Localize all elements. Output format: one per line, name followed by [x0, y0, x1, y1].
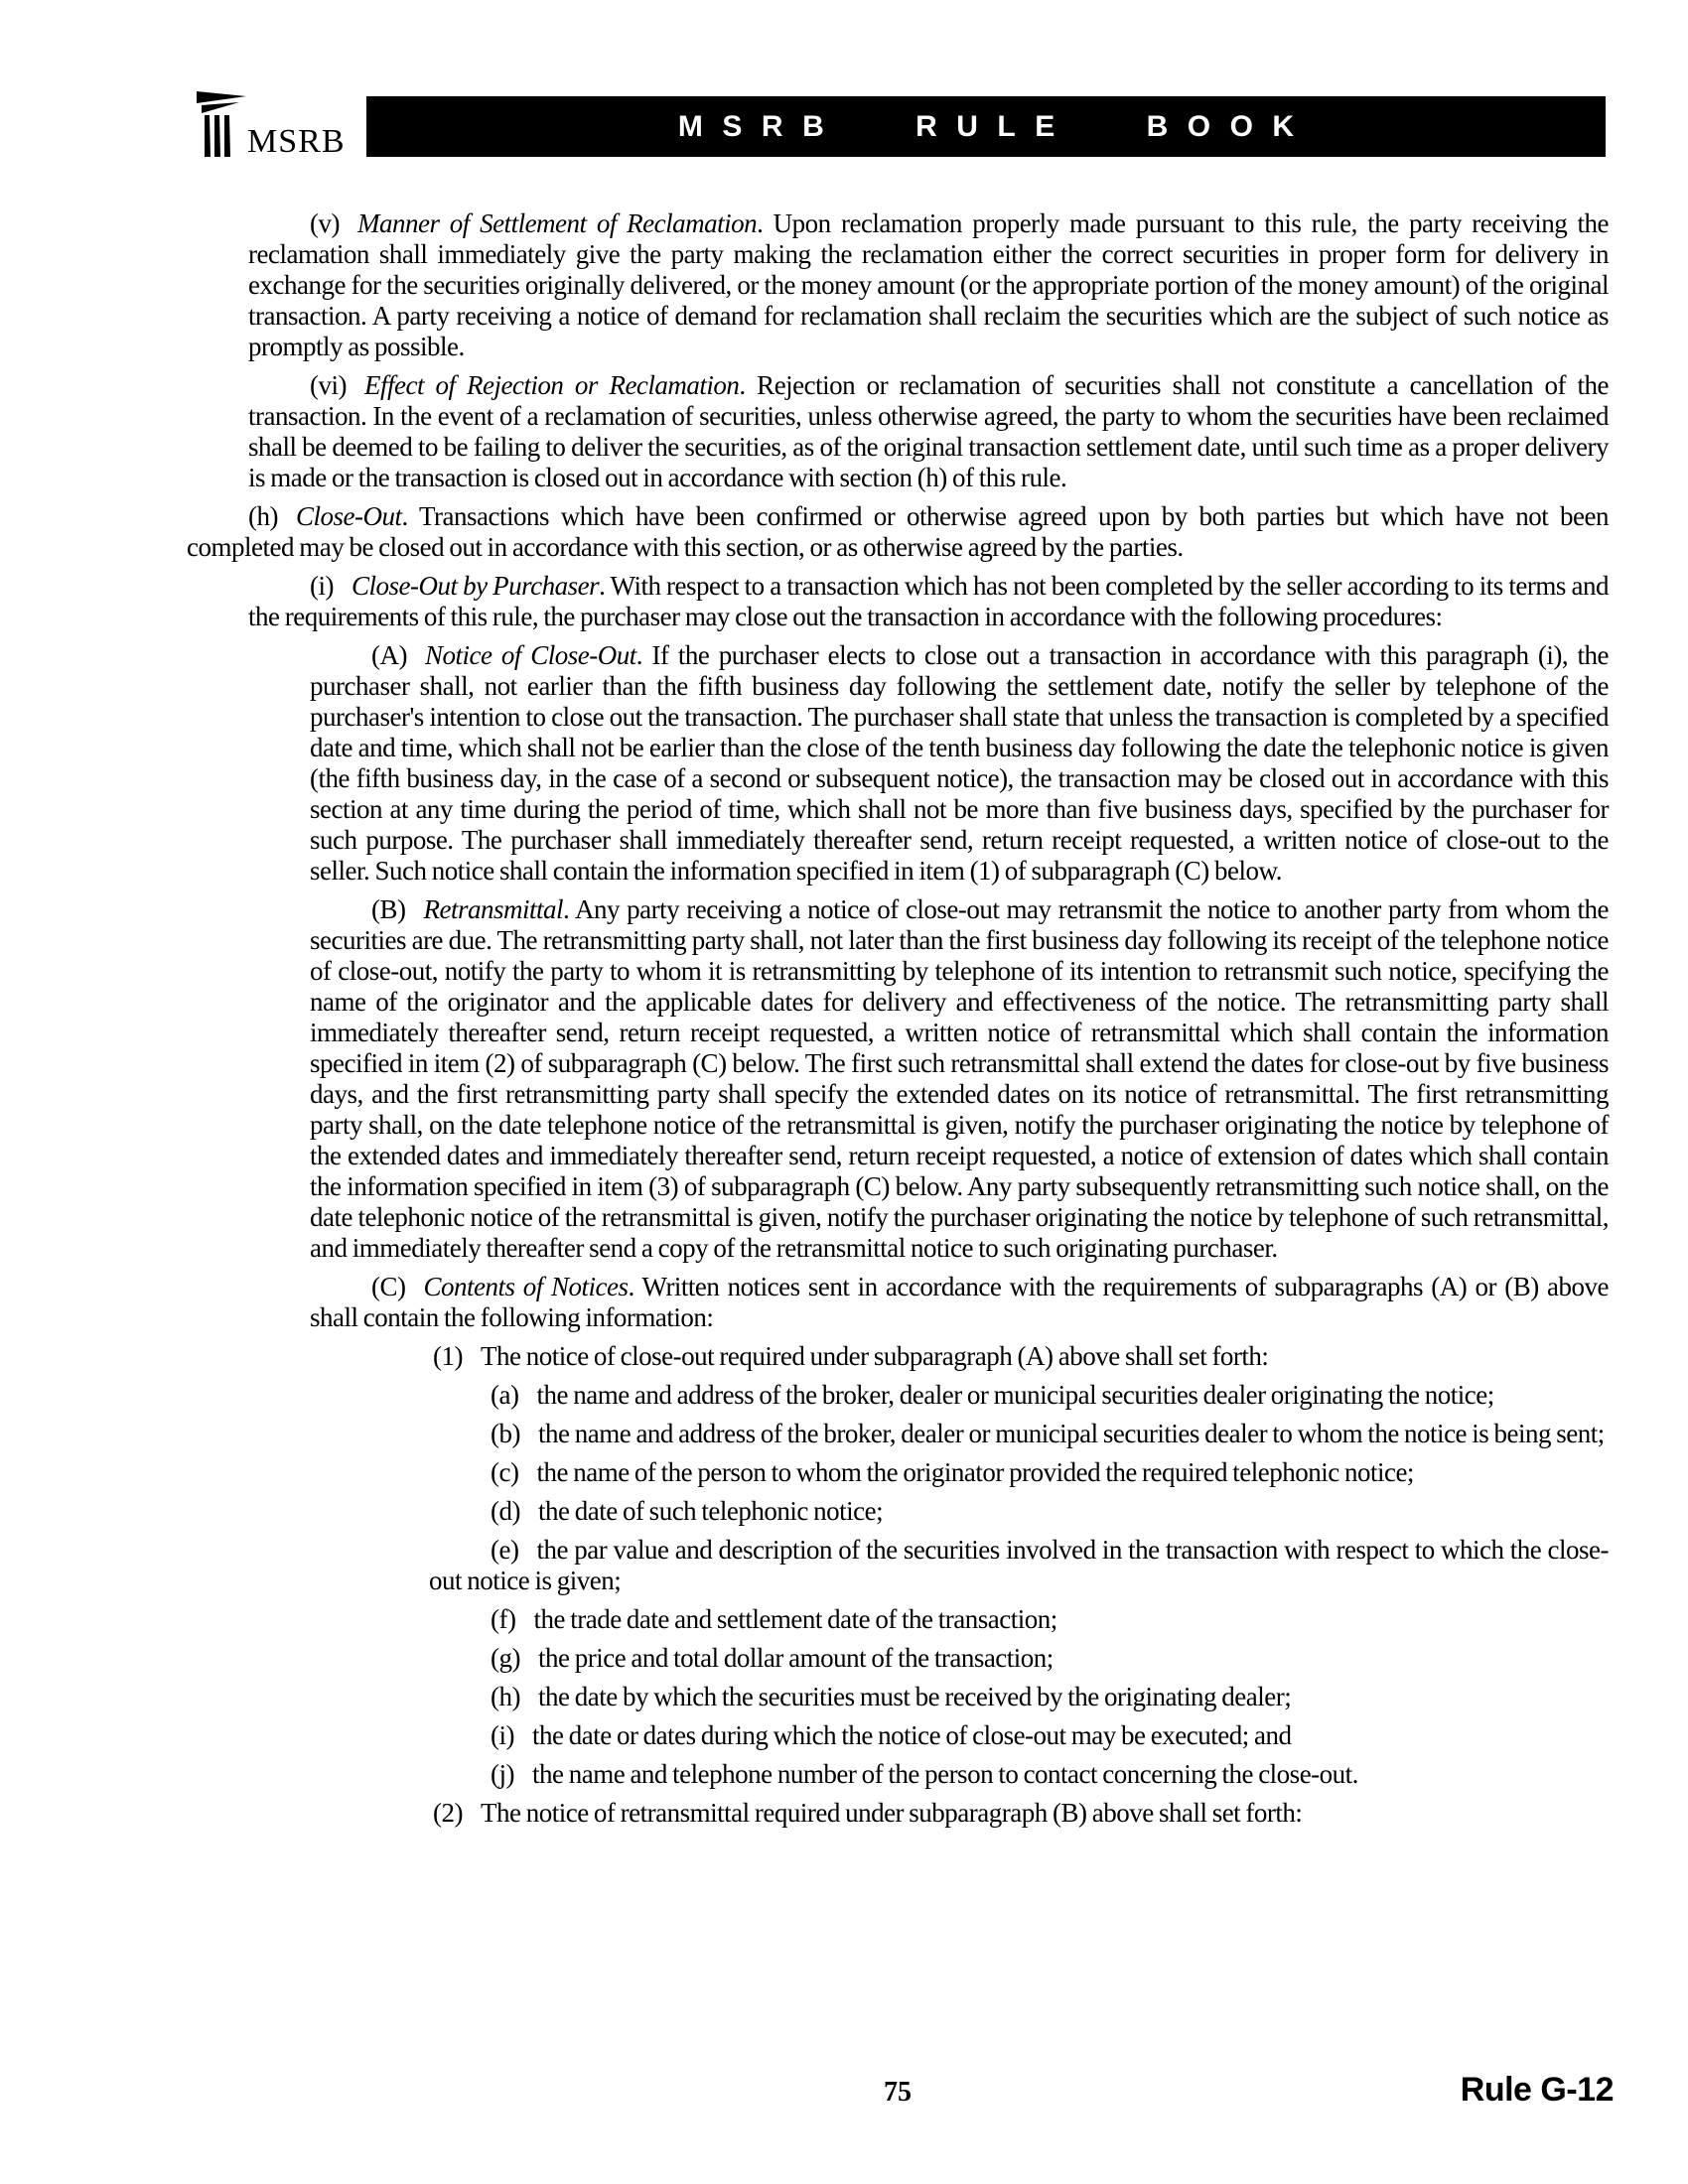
item-a: (a)the name and address of the broker, d… — [429, 1380, 1609, 1411]
paragraph-text: the name and address of the broker, deal… — [538, 1419, 1605, 1448]
banner-title: MSRB RULE BOOK — [658, 110, 1313, 144]
paragraph-C: (C)Contents of Notices. Written notices … — [310, 1272, 1609, 1333]
paragraph-label: (g) — [491, 1643, 520, 1673]
paragraph-label: (A) — [371, 640, 407, 670]
paragraph-text: . Any party receiving a notice of close-… — [310, 894, 1609, 1263]
paragraph-label: (h) — [248, 501, 278, 531]
paragraph-label: (i) — [310, 571, 334, 601]
item-f: (f)the trade date and settlement date of… — [429, 1604, 1609, 1635]
rule-text-body: (v)Manner of Settlement of Reclamation. … — [187, 208, 1609, 1837]
paragraph-label: (vi) — [310, 370, 347, 400]
item-j: (j)the name and telephone number of the … — [429, 1759, 1609, 1790]
paragraph-B: (B)Retransmittal. Any party receiving a … — [310, 894, 1609, 1264]
paragraph-label: (f) — [491, 1604, 515, 1634]
paragraph-text: the name of the person to whom the origi… — [536, 1457, 1413, 1487]
paragraph-label: (a) — [491, 1380, 518, 1410]
item-e: (e)the par value and description of the … — [429, 1535, 1609, 1596]
paragraph-i: (i)Close-Out by Purchaser. With respect … — [248, 571, 1609, 632]
paragraph-label: (1) — [433, 1341, 463, 1371]
paragraph-v: (v)Manner of Settlement of Reclamation. … — [248, 208, 1609, 362]
logo-text: MSRB — [247, 125, 346, 159]
paragraph-title: Close-Out — [296, 501, 402, 531]
paragraph-h: (h)Close-Out. Transactions which have be… — [187, 501, 1609, 563]
item-h: (h)the date by which the securities must… — [429, 1682, 1609, 1712]
paragraph-label: (v) — [310, 208, 340, 238]
msrb-logo: MSRB — [197, 91, 346, 157]
item-d: (d)the date of such telephonic notice; — [429, 1496, 1609, 1527]
paragraph-text: the name and telephone number of the per… — [532, 1759, 1358, 1789]
paragraph-text: The notice of retransmittal required und… — [481, 1798, 1302, 1828]
item-i: (i)the date or dates during which the no… — [429, 1720, 1609, 1751]
item-c: (c)the name of the person to whom the or… — [429, 1457, 1609, 1488]
paragraph-title: Notice of Close-Out — [425, 640, 636, 670]
paragraph-text: the date by which the securities must be… — [538, 1682, 1291, 1711]
rulebook-page: MSRB MSRB RULE BOOK (v)Manner of Settlem… — [0, 0, 1688, 2184]
paragraph-text: the date or dates during which the notic… — [532, 1720, 1291, 1750]
paragraph-vi: (vi)Effect of Rejection or Reclamation. … — [248, 370, 1609, 493]
paragraph-title: Retransmittal — [424, 894, 564, 924]
paragraph-title: Contents of Notices — [424, 1272, 629, 1301]
item-g: (g)the price and total dollar amount of … — [429, 1643, 1609, 1674]
banner: MSRB RULE BOOK — [366, 96, 1606, 157]
page-number: 75 — [187, 2077, 1609, 2109]
column-icon — [197, 91, 246, 157]
item-1: (1)The notice of close-out required unde… — [371, 1341, 1609, 1372]
item-b: (b)the name and address of the broker, d… — [429, 1419, 1609, 1449]
rule-label: Rule G-12 — [1461, 2071, 1614, 2110]
paragraph-label: (e) — [491, 1535, 518, 1565]
paragraph-label: (2) — [433, 1798, 463, 1828]
paragraph-text: the par value and description of the sec… — [429, 1535, 1609, 1595]
paragraph-text: the trade date and settlement date of th… — [533, 1604, 1056, 1634]
paragraph-title: Manner of Settlement of Reclamation — [357, 208, 757, 238]
item-2: (2)The notice of retransmittal required … — [371, 1798, 1609, 1829]
paragraph-text: The notice of close-out required under s… — [481, 1341, 1268, 1371]
paragraph-label: (b) — [491, 1419, 520, 1448]
paragraph-label: (B) — [371, 894, 406, 924]
paragraph-label: (j) — [491, 1759, 514, 1789]
paragraph-label: (C) — [371, 1272, 406, 1301]
paragraph-text: the name and address of the broker, deal… — [536, 1380, 1493, 1410]
paragraph-label: (h) — [491, 1682, 520, 1711]
paragraph-label: (c) — [491, 1457, 518, 1487]
paragraph-A: (A)Notice of Close-Out. If the purchaser… — [310, 640, 1609, 887]
paragraph-text: the date of such telephonic notice; — [538, 1496, 883, 1526]
paragraph-title: Close-Out by Purchaser — [352, 571, 599, 601]
paragraph-text: . If the purchaser elects to close out a… — [310, 640, 1609, 886]
paragraph-label: (i) — [491, 1720, 514, 1750]
paragraph-text: the price and total dollar amount of the… — [538, 1643, 1054, 1673]
paragraph-label: (d) — [491, 1496, 520, 1526]
paragraph-title: Effect of Rejection or Reclamation — [364, 370, 739, 400]
